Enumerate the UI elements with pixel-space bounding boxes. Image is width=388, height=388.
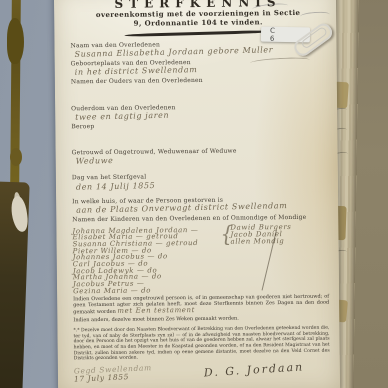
- child-name: Gezina Maria — do: [73, 286, 151, 295]
- field-ouders: Namen der Ouders van den Overledenen: [71, 77, 327, 86]
- footnote-paragraph: *.* Dezelve moet door den Naasten Bloedv…: [73, 326, 329, 363]
- children-notes: Dawid Burgers Jacob Daniel allen Mondig: [230, 224, 291, 246]
- field-beroep: Beroep: [71, 122, 327, 131]
- signature-block: Gegd Swellendam 17 July 1855 D. G. Jorda…: [74, 364, 330, 383]
- field-sterfdag: Dag van het Sterfgeval den 14 Julij 1855: [72, 173, 328, 191]
- child-note: allen Mondig: [230, 238, 291, 246]
- ink-drip-stain: [7, 18, 24, 64]
- children-list: Johanna Magdalena Jordaan — Elisabet Mar…: [72, 222, 329, 292]
- clause-six-weeks: Indien anders, dezelve moet binnen Zes W…: [73, 315, 329, 324]
- clause-six-days: Indien Overledene een ongetrouwd persoon…: [73, 293, 329, 316]
- clause-handwritten-addition: met Een testament: [117, 306, 195, 315]
- field-label: Beroep: [71, 122, 327, 131]
- photo-scene: STERFKENNIS overeenkomstig met de voorzi…: [0, 0, 388, 388]
- signature-handwritten: D. G. Jordaan: [203, 361, 304, 379]
- dated-block: Gegd Swellendam 17 July 1855: [74, 366, 152, 383]
- field-naam: Naam van den Overledenen Susanna Elisabe…: [70, 40, 326, 58]
- clause-printed-text: Indien Overledene een ongetrouwd persoon…: [73, 293, 329, 315]
- field-label: Namen der Ouders van den Overledenen: [71, 77, 327, 86]
- dated-date: 17 July 1855: [74, 372, 152, 384]
- ink-drip-stain: [10, 148, 22, 166]
- field-sterfplaats: In welke huis, of waar de Persoon gestor…: [72, 196, 328, 214]
- swelled-rule-divider: [124, 29, 272, 36]
- field-ouderdom: Ouderdom van den Overledenen twee en tag…: [71, 104, 327, 122]
- field-getrouwd: Getrouwd of Ongetrouwd, Weduwenaar of We…: [72, 147, 328, 165]
